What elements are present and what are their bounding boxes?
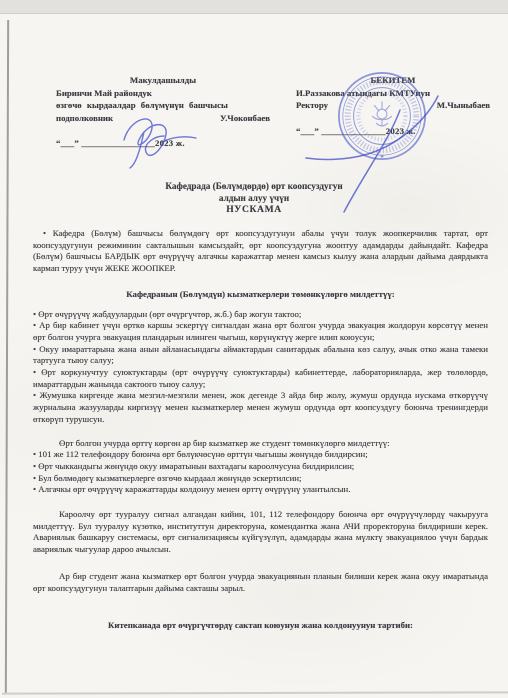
doc-title-line2: алдын алуу үчүн [0,193,508,205]
duties-list: • Өрт өчүрүүчү жабдуулардын (өрт өчүргүч… [33,309,488,426]
doc-title-line3: НУСКАМА [0,204,508,216]
duty-item: • Өрт коркунучтуу суюктуктарды (өрт өчүр… [33,367,488,390]
approval-title: Макулдашылды [56,74,270,87]
duties-header: Кафедранын (Бөлүмдүн) кызматкерлери төмө… [33,289,488,301]
fire-case-list: • 101 же 112 телефондору боюнча өрт бөлү… [33,449,488,496]
approval-line2: Биринчи Май райондук [56,87,270,100]
document-body: • Кафедра (Бөлүм) башчысы бөлүмдөгү өрт … [33,228,488,632]
signature-left [110,106,206,172]
student-paragraph: Ар бир студент жана кызматкер өрт болгон… [33,571,488,594]
fire-case-item: • 101 же 112 телефондору боюнча өрт бөлү… [33,449,488,461]
scanned-document-page: Макулдашылды Биринчи Май райондук өзгөчө… [0,0,508,698]
duty-item: • Өрт өчүрүүчү жабдуулардын (өрт өчүргүч… [33,309,488,321]
doc-title: Кафедрада (Бөлүмдөрдө) өрт коопсуздугун … [0,181,508,216]
doc-title-line1: Кафедрада (Бөлүмдөрдө) өрт коопсуздугун [0,181,508,193]
approval-name: У.Чоконбаев [220,112,270,125]
guard-paragraph: Кароолчу өрт тууралуу сигнал алгандан ки… [33,509,488,556]
intro-paragraph: • Кафедра (Бөлүм) башчысы бөлүмдөгү өрт … [33,228,488,275]
duty-item: • Жумушка киргенде жана мезгил-мезгили м… [33,390,488,425]
footer-section-header: Китепканада өрт өчүргүчтөрдү сактап коюу… [33,620,488,632]
fire-case-item: • Бул бөлмөдөгү кызматкерлерге өзгөчө кы… [33,473,488,485]
approval-rank: подполковник [56,112,113,125]
page-bottom-edge [2,691,508,694]
fire-case-item: • Алгачкы өрт өчүрүүчү каражаттарды колд… [33,484,488,496]
scan-top-band [0,0,508,14]
duty-item: • Ар бир кабинет үчүн өрткө каршы эскерт… [33,320,488,343]
duty-item: • Окуу имараттарына жана анын айланасынд… [33,344,488,367]
fire-case-intro: Өрт болгон учурда өрттү көргөн ар бир кы… [33,438,488,450]
page-left-edge [5,20,9,693]
fire-case-item: • Өрт чыккандыгы жөнүндө окуу имаратынын… [33,461,488,473]
